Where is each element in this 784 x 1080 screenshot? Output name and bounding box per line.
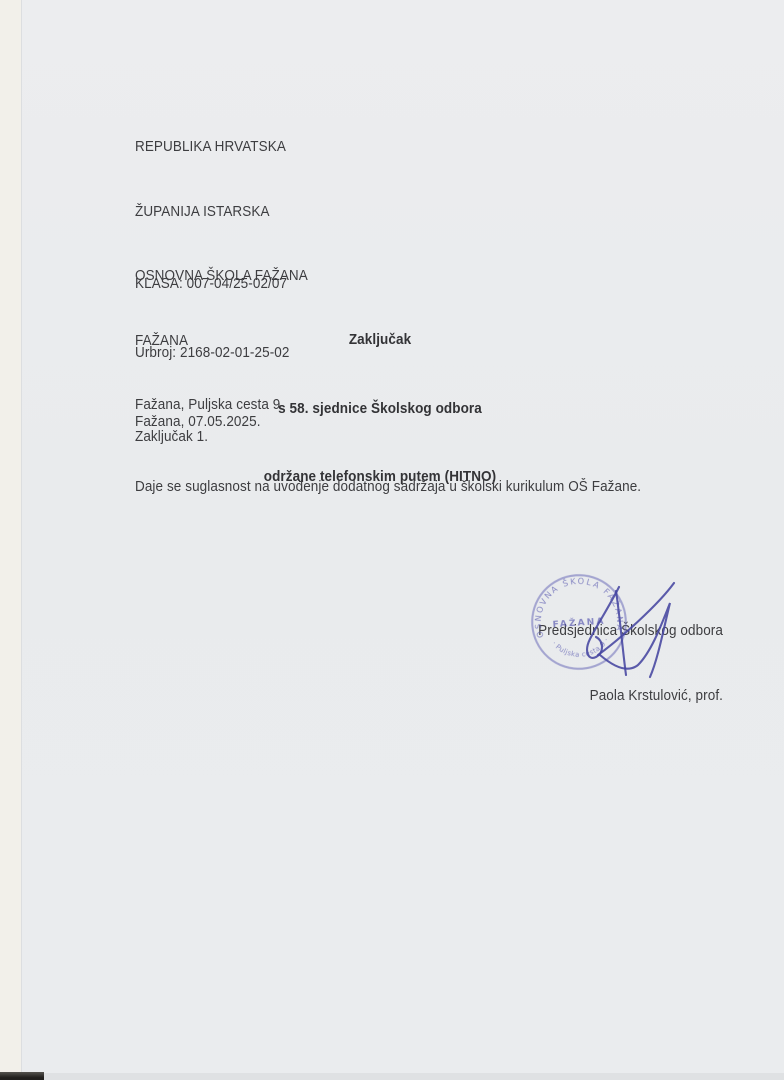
conclusion-label: Zaključak 1. bbox=[135, 428, 208, 445]
document-subtitle-session: s 58. sjednice Školskog odbora bbox=[58, 392, 702, 427]
handwritten-signature bbox=[562, 575, 692, 690]
letterhead-line: REPUBLIKA HRVATSKA bbox=[135, 136, 308, 158]
conclusion-text: Daje se suglasnost na uvođenje dodatnog … bbox=[135, 478, 641, 495]
paper-sheet: REPUBLIKA HRVATSKA ŽUPANIJA ISTARSKA OSN… bbox=[21, 0, 784, 1080]
document-title: Zaključak bbox=[58, 323, 702, 358]
scanned-document-page: REPUBLIKA HRVATSKA ŽUPANIJA ISTARSKA OSN… bbox=[0, 0, 784, 1080]
signature-stroke bbox=[600, 603, 670, 677]
signature-stroke bbox=[587, 587, 619, 658]
scanner-edge-margin bbox=[0, 0, 21, 1080]
scan-bottom-shadow bbox=[0, 1073, 784, 1080]
scan-corner-artifact bbox=[0, 1072, 44, 1080]
letterhead-line: ŽUPANIJA ISTARSKA bbox=[135, 201, 308, 223]
